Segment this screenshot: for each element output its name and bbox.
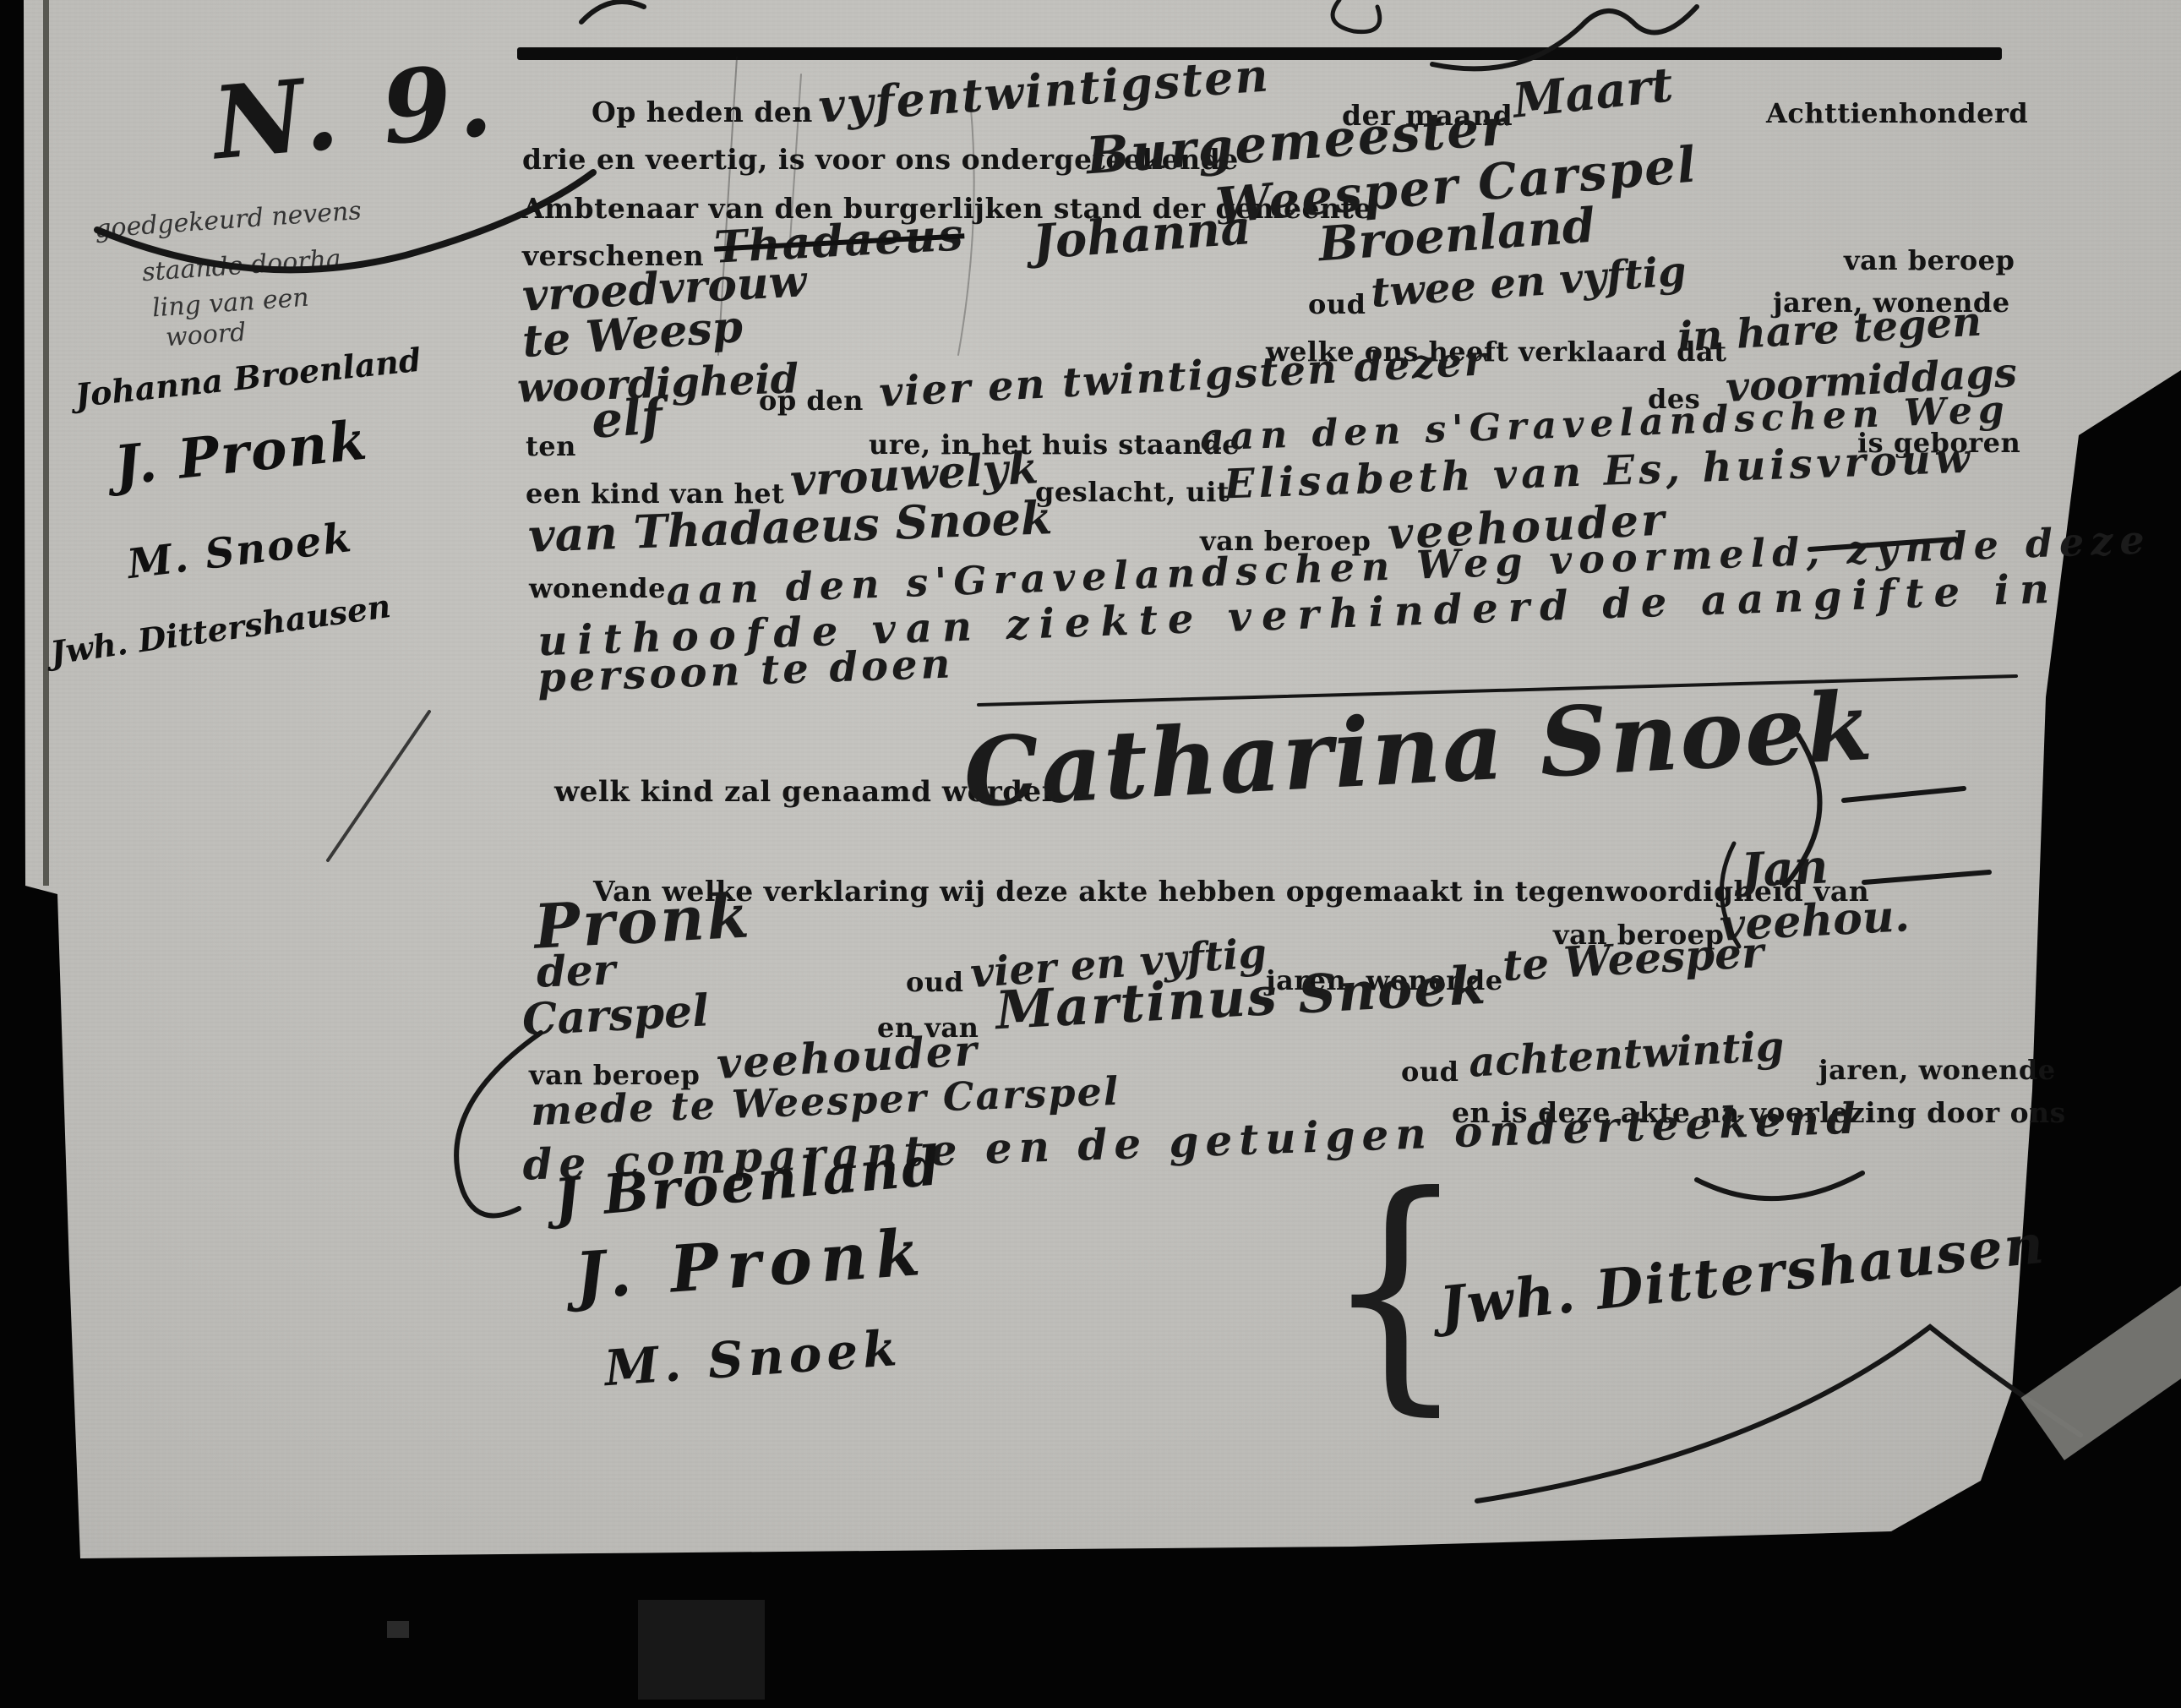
bottom-blotch-2 (387, 1621, 409, 1638)
line-07-seg-1: op den (759, 387, 864, 414)
line-17-seg-4: te Weesper (1502, 931, 1764, 987)
bottom-blotch-1 (638, 1600, 765, 1700)
line-01-seg-0: Op heden den (592, 98, 813, 126)
line-01-seg-4: Achttienhonderd (1766, 100, 2028, 127)
line-18-seg-0: Carspel (521, 989, 710, 1042)
margin-rule-line (43, 0, 49, 886)
line-04-seg-4: van beroep (1844, 247, 2015, 274)
page-corner-wedge (2020, 1252, 2181, 1460)
line-04-seg-2: Johanna (1031, 204, 1252, 266)
line-15-seg-0: Van welke verklaring wij deze akte hebbe… (593, 877, 1869, 905)
line-17-seg-0: der (536, 948, 616, 993)
margin-note-line-4: woord (165, 320, 247, 352)
line-17-seg-1: oud (906, 969, 963, 996)
line-15-seg-1: Jan (1740, 843, 1829, 894)
line-19-seg-2: oud (1401, 1058, 1459, 1085)
line-08-seg-0: ten (526, 433, 576, 460)
line-11-seg-0: wonende (529, 575, 666, 602)
line-05-seg-1: oud (1308, 291, 1366, 318)
line-08-seg-1: elf (590, 391, 664, 445)
line-09-seg-2: geslacht, uit (1035, 478, 1230, 505)
line-19-seg-4: jaren, wonende (1818, 1056, 2056, 1083)
scanned-birth-record: N. 9. Op heden denvyfentwintigstender ma… (0, 0, 2181, 1708)
act-number: N. 9. (209, 41, 502, 183)
